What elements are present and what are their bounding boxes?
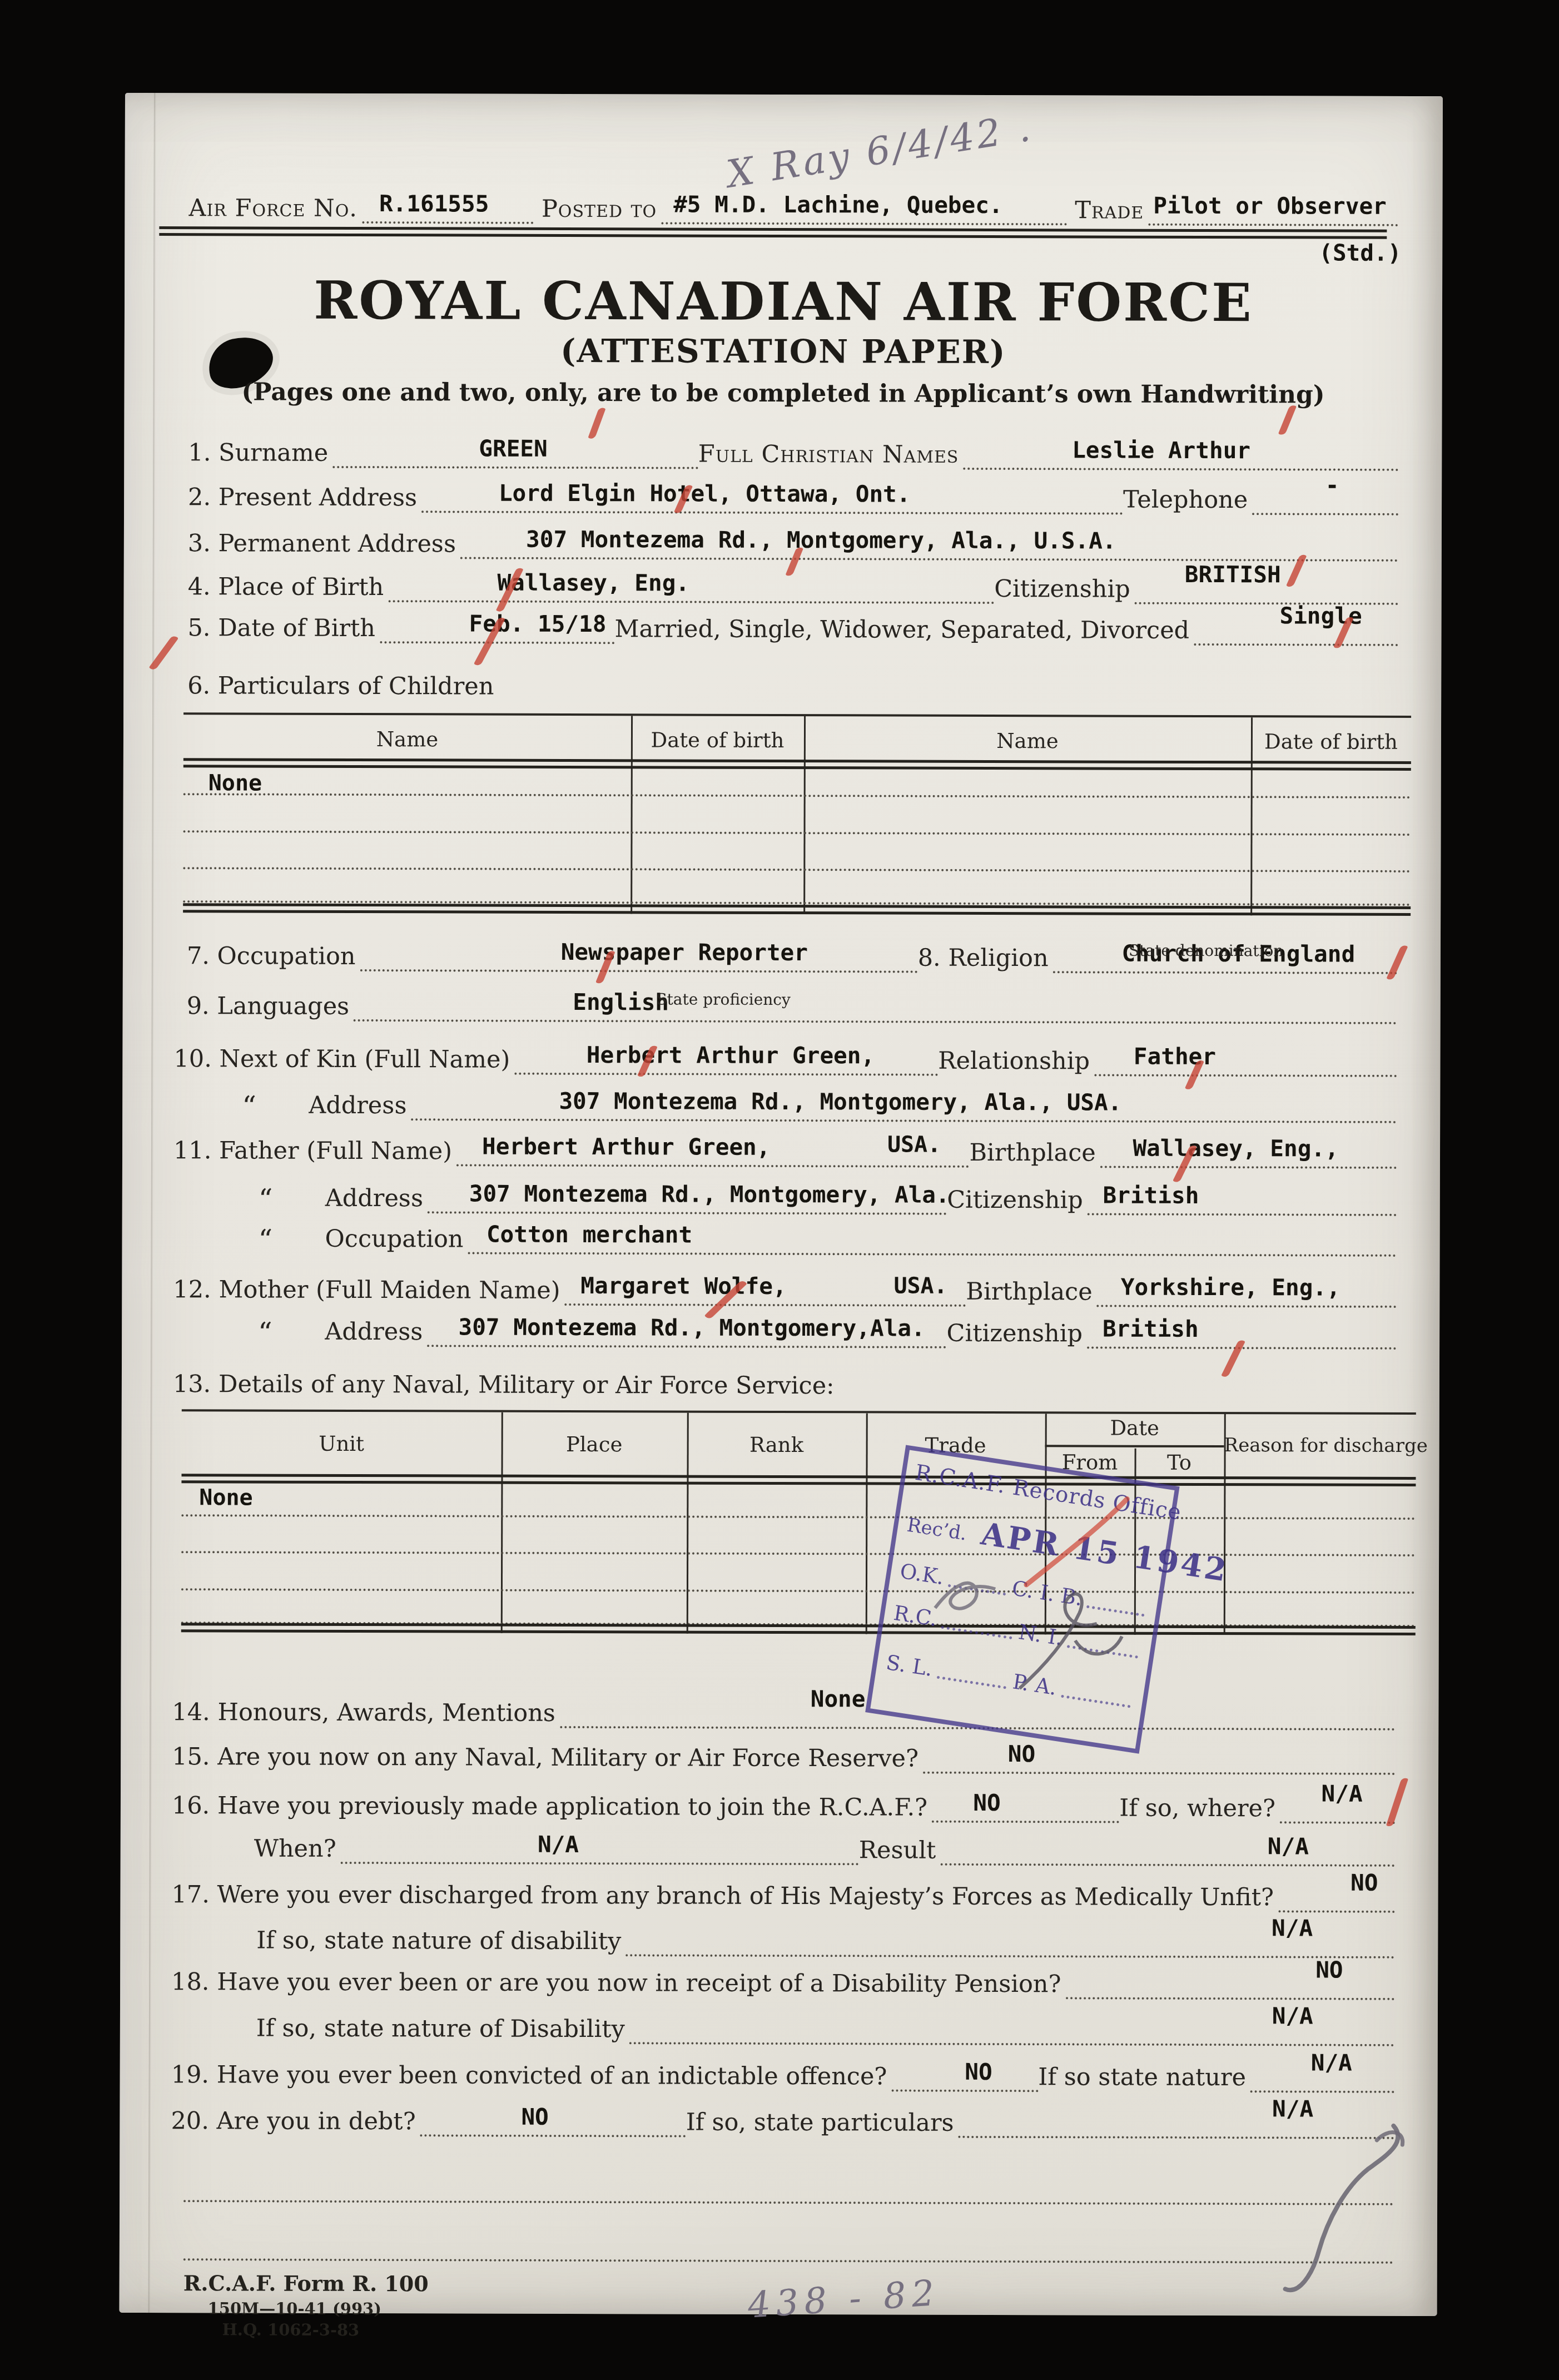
present-address-value: Lord Elgin Hotel, Ottawa, Ont. bbox=[499, 480, 911, 508]
marital-status-label: Married, Single, Widower, Separated, Div… bbox=[614, 616, 1194, 646]
children-col-name-1: Name bbox=[183, 727, 631, 752]
next-of-kin-address-field[interactable]: 307 Montezema Rd., Montgomery, Ala., USA… bbox=[411, 1083, 1397, 1123]
service-label: 13. Details of any Naval, Military or Ai… bbox=[173, 1371, 839, 1401]
relationship-label: Relationship bbox=[938, 1047, 1094, 1076]
form-hq-number: H.Q. 1062-3-83 bbox=[222, 2320, 428, 2339]
discharged-label: 17. Were you ever discharged from any br… bbox=[171, 1881, 1278, 1913]
mother-name-value: Margaret Wolfe, bbox=[580, 1272, 786, 1300]
service-col-place: Place bbox=[502, 1432, 687, 1457]
pension-nature-field[interactable]: N/A bbox=[629, 2006, 1394, 2046]
father-occupation-label: Occupation bbox=[325, 1225, 468, 1254]
pension-value: NO bbox=[1315, 1957, 1343, 1984]
permanent-address-label: 3. Permanent Address bbox=[188, 530, 460, 559]
father-birthplace-field[interactable]: Wallasey, Eng., bbox=[1100, 1130, 1397, 1168]
ditto-mark: “ bbox=[259, 1226, 325, 1254]
records-office-stamp: R.C.A.F. Records Office Rec’d. APR 15 19… bbox=[865, 1445, 1179, 1753]
children-table: Name Date of birth Name Date of birth No… bbox=[183, 712, 1411, 916]
honours-value: None bbox=[811, 1685, 866, 1712]
relationship-field[interactable]: Father bbox=[1094, 1038, 1397, 1077]
pension-field[interactable]: NO bbox=[1066, 1961, 1395, 2000]
where-value: N/A bbox=[1322, 1781, 1363, 1807]
page-title: ROYAL CANADIAN AIR FORCE bbox=[125, 270, 1442, 334]
languages-note: State proficiency bbox=[656, 990, 791, 1009]
occupation-field[interactable]: Newspaper Reporter bbox=[360, 934, 917, 973]
mother-birthplace-value: Yorkshire, Eng., bbox=[1121, 1274, 1340, 1301]
children-col-dob-2: Date of birth bbox=[1251, 730, 1411, 754]
where-field[interactable]: N/A bbox=[1280, 1786, 1395, 1824]
children-label: 6. Particulars of Children bbox=[187, 672, 498, 702]
children-col-dob-1: Date of birth bbox=[631, 728, 804, 752]
children-entry: None bbox=[208, 770, 262, 796]
children-row-line[interactable] bbox=[183, 830, 1411, 836]
religion-note: State denomination bbox=[1129, 941, 1284, 960]
debt-particulars-label: If so, state particulars bbox=[686, 2109, 959, 2138]
pension-nature-label: If so, state nature of Disability bbox=[256, 2015, 629, 2044]
christian-names-label: Full Christian Names bbox=[698, 440, 964, 470]
father-occupation-field[interactable]: Cotton merchant bbox=[468, 1217, 1396, 1257]
disability-nature-field[interactable]: N/A bbox=[625, 1918, 1394, 1958]
mother-citizenship-value: British bbox=[1103, 1316, 1199, 1342]
conviction-nature-field[interactable]: N/A bbox=[1250, 2055, 1394, 2093]
header-row: Air Force No. R.161555 Posted to #5 M.D.… bbox=[188, 185, 1398, 226]
citizenship-label: Citizenship bbox=[994, 576, 1135, 604]
conviction-nature-value: N/A bbox=[1311, 2049, 1352, 2076]
service-col-rank: Rank bbox=[687, 1433, 866, 1457]
mother-address-label: Address bbox=[325, 1318, 427, 1347]
father-address-label: Address bbox=[325, 1184, 428, 1213]
father-citizenship-label: Citizenship bbox=[947, 1186, 1088, 1215]
service-col-unit: Unit bbox=[182, 1431, 502, 1456]
service-entry: None bbox=[199, 1485, 252, 1510]
relationship-value: Father bbox=[1134, 1043, 1216, 1070]
father-birthplace-value: Wallasey, Eng., bbox=[1133, 1135, 1338, 1162]
posted-to-field[interactable]: #5 M.D. Lachine, Quebec. bbox=[661, 186, 1067, 225]
disability-nature-label: If so, state nature of disability bbox=[256, 1927, 625, 1956]
form-number-block: R.C.A.F. Form R. 100 150M—10-41 (993) H.… bbox=[183, 2270, 428, 2339]
ditto-mark: “ bbox=[258, 1319, 325, 1347]
attestation-paper: X Ray 6/4/42 . Air Force No. R.161555 Po… bbox=[120, 93, 1443, 2316]
posted-to-label: Posted to bbox=[534, 195, 661, 224]
father-citizenship-field[interactable]: British bbox=[1088, 1177, 1397, 1216]
photo-background: { "annotations": { "top_pencil": "X Ray … bbox=[0, 0, 1559, 2380]
languages-field[interactable]: English State proficiency bbox=[354, 984, 1397, 1024]
father-name-label: 11. Father (Full Name) bbox=[173, 1137, 456, 1167]
citizenship-value: BRITISH bbox=[1185, 561, 1281, 588]
debt-label: 20. Are you in debt? bbox=[171, 2108, 420, 2137]
date-of-birth-label: 5. Date of Birth bbox=[187, 614, 380, 643]
result-field[interactable]: N/A bbox=[940, 1828, 1395, 1867]
mother-address-field[interactable]: 307 Montezema Rd., Montgomery,Ala. bbox=[427, 1309, 946, 1348]
debt-field[interactable]: NO bbox=[420, 2099, 686, 2137]
father-birthplace-label: Birthplace bbox=[969, 1139, 1100, 1168]
where-label: If so, where? bbox=[1119, 1794, 1280, 1823]
father-citizenship-value: British bbox=[1103, 1182, 1199, 1209]
when-label: When? bbox=[254, 1835, 341, 1864]
next-of-kin-value: Herbert Arthur Green, bbox=[587, 1042, 875, 1069]
page-subtitle: (ATTESTATION PAPER) bbox=[125, 331, 1442, 372]
father-address-field[interactable]: 307 Montezema Rd., Montgomery, Ala. bbox=[428, 1176, 947, 1214]
empty-line-1[interactable] bbox=[183, 2200, 1394, 2205]
conviction-nature-label: If so state nature bbox=[1038, 2064, 1250, 2093]
mother-citizenship-label: Citizenship bbox=[947, 1320, 1088, 1348]
trade-value: Pilot or Observer bbox=[1153, 192, 1387, 220]
telephone-value: - bbox=[1325, 472, 1339, 499]
pencil-signature bbox=[1273, 2118, 1413, 2307]
previous-application-value: NO bbox=[973, 1789, 1001, 1816]
service-table: Unit Place Rank Trade Date From To Reaso… bbox=[181, 1409, 1416, 1635]
father-name-note: USA. bbox=[887, 1132, 941, 1157]
mother-address-value: 307 Montezema Rd., Montgomery,Ala. bbox=[458, 1313, 925, 1341]
children-row-line[interactable] bbox=[183, 867, 1411, 872]
honours-label: 14. Honours, Awards, Mentions bbox=[172, 1699, 560, 1728]
children-col-name-2: Name bbox=[804, 728, 1251, 753]
father-name-field[interactable]: Herbert Arthur Green, USA. bbox=[456, 1128, 970, 1167]
religion-label: 8. Religion bbox=[918, 944, 1053, 973]
convicted-label: 19. Have you ever been convicted of an i… bbox=[171, 2061, 892, 2092]
posted-to-value: #5 M.D. Lachine, Quebec. bbox=[673, 191, 1003, 219]
place-of-birth-field[interactable]: Wallasey, Eng. bbox=[388, 564, 994, 604]
children-header-rule bbox=[183, 758, 1411, 771]
citizenship-field[interactable]: BRITISH bbox=[1135, 567, 1398, 605]
previous-application-label: 16. Have you previously made application… bbox=[172, 1792, 932, 1823]
service-header-rule bbox=[181, 1474, 1416, 1486]
ditto-mark: “ bbox=[259, 1186, 325, 1213]
marital-status-field[interactable]: Single bbox=[1194, 608, 1398, 646]
present-address-label: 2. Present Address bbox=[188, 484, 421, 513]
religion-field[interactable]: Church of England State denomination bbox=[1053, 935, 1397, 974]
next-of-kin-address-label: Address bbox=[309, 1092, 411, 1120]
pension-label: 18. Have you ever been or are you now in… bbox=[171, 1969, 1066, 2000]
languages-label: 9. Languages bbox=[187, 993, 354, 1022]
mother-name-note: USA. bbox=[893, 1273, 947, 1299]
service-col-reason: Reason for discharge bbox=[1224, 1434, 1416, 1457]
surname-label: 1. Surname bbox=[188, 439, 332, 468]
result-label: Result bbox=[859, 1837, 941, 1866]
debt-value: NO bbox=[521, 2104, 549, 2130]
service-row-line[interactable] bbox=[181, 1588, 1416, 1594]
languages-value: English bbox=[573, 989, 669, 1015]
convicted-value: NO bbox=[965, 2059, 992, 2085]
telephone-label: Telephone bbox=[1123, 486, 1252, 515]
paper-crease bbox=[148, 93, 156, 2313]
occupation-label: 7. Occupation bbox=[187, 943, 360, 971]
form-number: R.C.A.F. Form R. 100 bbox=[183, 2270, 429, 2296]
ditto-mark: “ bbox=[242, 1092, 309, 1120]
mother-name-label: 12. Mother (Full Maiden Name) bbox=[173, 1276, 564, 1306]
service-date-rule bbox=[1045, 1445, 1224, 1447]
father-address-value: 307 Montezema Rd., Montgomery, Ala. bbox=[469, 1181, 950, 1208]
permanent-address-field[interactable]: 307 Montezema Rd., Montgomery, Ala., U.S… bbox=[460, 521, 1398, 561]
pencil-annotation-number: 438 - 82 bbox=[747, 2273, 941, 2327]
mother-birthplace-label: Birthplace bbox=[966, 1278, 1096, 1307]
convicted-field[interactable]: NO bbox=[891, 2054, 1038, 2093]
result-value: N/A bbox=[1268, 1833, 1309, 1860]
stamp-scribbles bbox=[864, 1445, 1171, 1760]
empty-line-2[interactable] bbox=[183, 2258, 1394, 2264]
header-rule bbox=[159, 226, 1387, 239]
when-value: N/A bbox=[538, 1831, 579, 1858]
reserve-field[interactable]: NO bbox=[923, 1736, 1395, 1775]
next-of-kin-label: 10. Next of Kin (Full Name) bbox=[173, 1045, 514, 1075]
father-name-value: Herbert Arthur Green, bbox=[482, 1133, 770, 1161]
trade-field[interactable]: Pilot or Observer bbox=[1148, 188, 1398, 226]
service-col-date: Date bbox=[1045, 1416, 1224, 1440]
air-force-no-value: R.161555 bbox=[379, 190, 489, 217]
christian-names-value: Leslie Arthur bbox=[1072, 437, 1250, 464]
discharged-field[interactable]: NO bbox=[1278, 1875, 1395, 1913]
surname-value: GREEN bbox=[479, 435, 548, 462]
page-instruction: (Pages one and two, only, are to be comp… bbox=[125, 378, 1442, 409]
children-row-line[interactable] bbox=[183, 793, 1411, 799]
surname-field[interactable]: GREEN bbox=[332, 430, 698, 469]
permanent-address-value: 307 Montezema Rd., Montgomery, Ala., U.S… bbox=[526, 526, 1116, 554]
christian-names-field[interactable]: Leslie Arthur bbox=[963, 432, 1398, 471]
when-field[interactable]: N/A bbox=[341, 1826, 859, 1865]
place-of-birth-label: 4. Place of Birth bbox=[188, 573, 389, 602]
trade-note: (Std.) bbox=[1319, 240, 1401, 266]
discharged-value: NO bbox=[1351, 1870, 1378, 1896]
air-force-no-field[interactable]: R.161555 bbox=[362, 186, 534, 224]
telephone-field[interactable]: - bbox=[1252, 477, 1398, 515]
pencil-annotation-top: X Ray 6/4/42 . bbox=[724, 106, 1036, 197]
mother-birthplace-field[interactable]: Yorkshire, Eng., bbox=[1097, 1269, 1397, 1307]
next-of-kin-address-value: 307 Montezema Rd., Montgomery, Ala., USA… bbox=[559, 1088, 1121, 1116]
pension-nature-value: N/A bbox=[1272, 2002, 1313, 2029]
place-of-birth-value: Wallasey, Eng. bbox=[497, 569, 689, 597]
previous-application-field[interactable]: NO bbox=[932, 1785, 1119, 1823]
trade-label: Trade bbox=[1067, 197, 1148, 226]
form-print-run: 150M—10-41 (993) bbox=[208, 2299, 429, 2318]
air-force-no-label: Air Force No. bbox=[188, 195, 362, 224]
service-col-to: To bbox=[1135, 1451, 1224, 1475]
mother-name-field[interactable]: Margaret Wolfe, USA. bbox=[564, 1268, 966, 1307]
present-address-field[interactable]: Lord Elgin Hotel, Ottawa, Ont. bbox=[421, 475, 1123, 514]
father-occupation-value: Cotton merchant bbox=[486, 1221, 692, 1248]
reserve-label: 15. Are you now on any Naval, Military o… bbox=[172, 1743, 923, 1774]
service-row-line[interactable] bbox=[181, 1514, 1416, 1520]
disability-nature-value: N/A bbox=[1272, 1915, 1313, 1941]
occupation-value: Newspaper Reporter bbox=[561, 939, 808, 966]
next-of-kin-field[interactable]: Herbert Arthur Green, bbox=[514, 1037, 938, 1076]
